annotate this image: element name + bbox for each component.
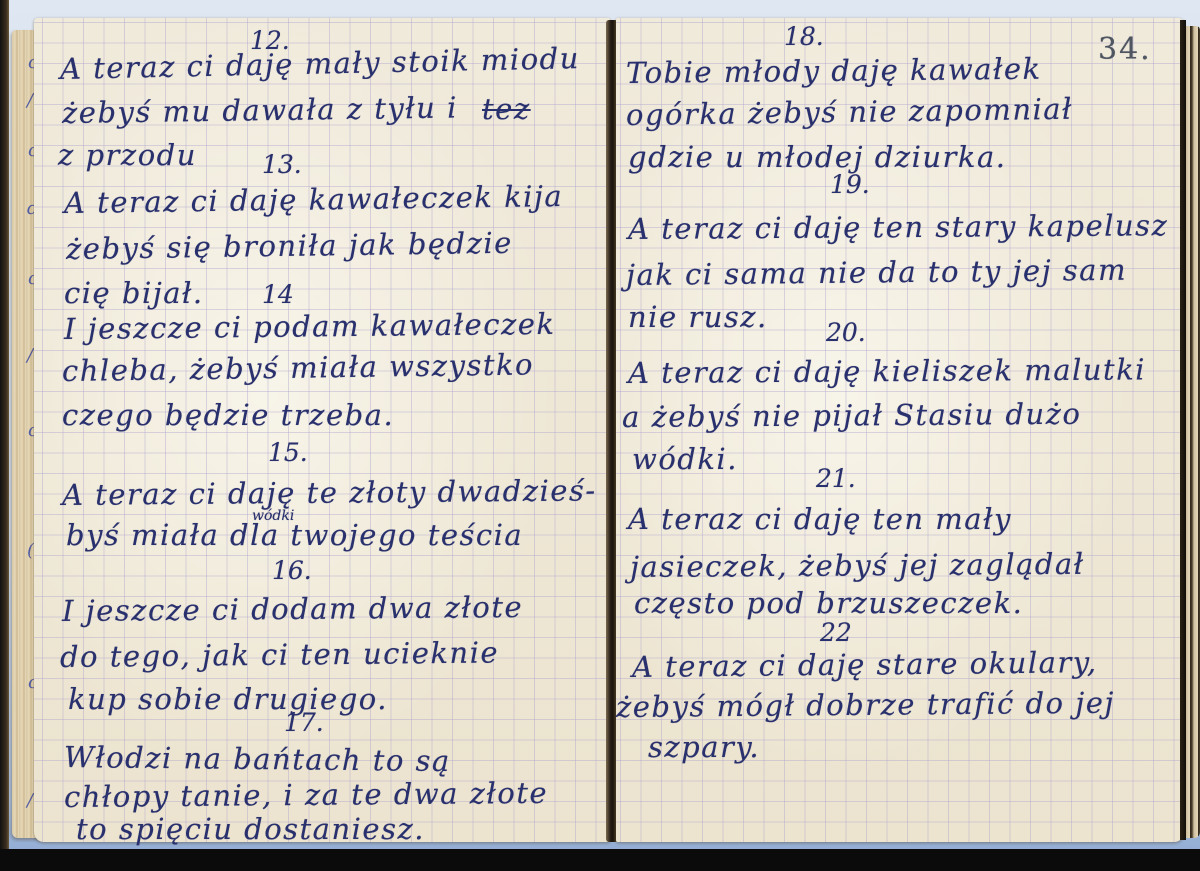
verse-line: żebyś mu dawała z tyłu i (62, 90, 458, 130)
scanner-edge-left (0, 0, 9, 871)
verse-number: 16. (272, 556, 312, 585)
verse-line: I jeszcze ci podam kawałeczek (64, 307, 556, 346)
right-page-edge (1180, 20, 1186, 840)
margin-mark: / (27, 90, 33, 111)
verse-line: nie rusz. (628, 300, 768, 334)
struck-word: tez (482, 92, 531, 126)
verse-number: 20. (826, 318, 866, 347)
scanner-edge-bottom (0, 849, 1200, 871)
verse-line: A teraz ci daję te złoty dwadzieś- (62, 473, 597, 512)
verse-line: A teraz ci daję ten mały (628, 502, 1012, 536)
verse-number: 15. (268, 438, 308, 467)
verse-line: jak ci sama nie da to ty jej sam (626, 253, 1127, 292)
verse-line: z przodu (58, 138, 197, 172)
verse-line: często pod brzuszeczek. (634, 586, 1023, 620)
verse-line: A teraz ci daję kieliszek malutki (628, 352, 1146, 390)
verse-line: to spięciu dostaniesz. (76, 812, 425, 846)
verse-number: 19. (830, 170, 870, 199)
scan-background: c / c d c / c ( c / 12. A teraz ci daję … (0, 0, 1200, 871)
verse-line: kup sobie drugiego. (68, 682, 388, 716)
margin-mark: ( (27, 540, 34, 561)
verse-line: A teraz ci daję stare okulary, (632, 645, 1098, 684)
verse-line: byś miała dla twojego teścia (66, 518, 523, 552)
verse-line: ogórka żebyś nie zapomniał (626, 92, 1073, 132)
verse-line: Tobie młody daję kawałek (626, 52, 1042, 90)
verse-line: szpary. (648, 730, 760, 764)
margin-mark: / (27, 345, 33, 366)
verse-line: wódki. (632, 442, 738, 476)
verse-line: gdzie u młodej dziurka. (628, 140, 1007, 174)
verse-line: A teraz ci daję kawałeczek kija (64, 179, 564, 220)
verse-line: a żebyś nie pijał Stasiu dużo (622, 397, 1082, 434)
verse-number: 14 (262, 280, 294, 309)
verse-line: I jeszcze ci dodam dwa złote (62, 590, 523, 628)
verse-line: chleba, żebyś miała wszystko (62, 347, 534, 388)
margin-mark: / (27, 790, 33, 811)
verse-line: czego będzie trzeba. (62, 398, 394, 432)
page-number: 34. (1098, 32, 1152, 67)
verse-line: żebyś się broniła jak będzie (66, 226, 513, 266)
verse-number: 13. (262, 150, 302, 179)
verse-number: 22 (820, 618, 852, 647)
verse-line: Włodzi na bańtach to są (64, 740, 451, 778)
verse-line: do tego, jak ci ten ucieknie (60, 635, 499, 674)
verse-line: jasieczek, żebyś jej zaglądał (630, 547, 1085, 584)
verse-line: cię bijał. (64, 276, 204, 310)
verse-number: 21. (816, 464, 856, 493)
verse-line: A teraz ci daję ten stary kapelusz (628, 208, 1169, 246)
verse-number: 18. (784, 22, 824, 51)
verse-number: 17. (284, 708, 324, 737)
verse-line: żebyś mógł dobrze trafić do jej (616, 686, 1115, 724)
verse-line: chłopy tanie, i za te dwa złote (64, 776, 548, 814)
